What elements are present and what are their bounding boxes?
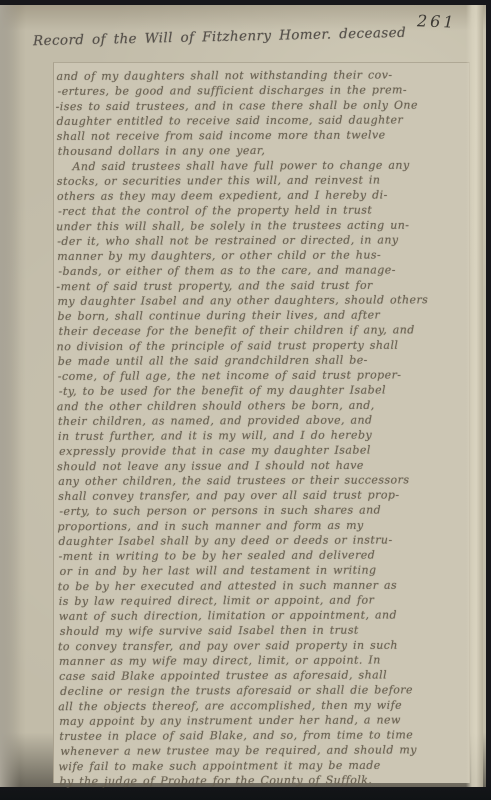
manuscript-line: my daughter Isabel and any other daughte… (57, 292, 467, 309)
manuscript-line: -ment of said trust property, and the sa… (56, 277, 466, 294)
manuscript-line: And said trustees shall have full power … (56, 157, 466, 174)
paper-sheet: 261 Record of the Will of Fitzhenry Home… (0, 5, 486, 787)
manuscript-line: all the objects thereof, are accomplishe… (58, 697, 468, 714)
manuscript-line: should my wife survive said Isabel then … (60, 622, 470, 639)
manuscript-line: to be by her executed and attested in su… (58, 577, 468, 594)
manuscript-body: and of my daughters shall not withstandi… (56, 67, 469, 789)
binding-gutter-shade (0, 5, 20, 787)
manuscript-line: manner as my wife may direct, limit, or … (59, 652, 469, 669)
manuscript-line: no division of the principle of said tru… (57, 337, 467, 354)
manuscript-line: -rect that the control of the property h… (58, 202, 468, 219)
manuscript-line: expressly provide that in case my daught… (59, 442, 469, 459)
manuscript-line: their decease for the benefit of their c… (59, 322, 469, 339)
record-heading: Record of the Will of Fitzhenry Homer. d… (33, 25, 406, 49)
manuscript-line: may appoint by any instrument under her … (59, 712, 469, 729)
manuscript-line: or in and by her last will and testament… (60, 562, 470, 579)
manuscript-line: should not leave any issue and I should … (57, 457, 467, 474)
manuscript-line: proportions, and in such manner and form… (57, 517, 467, 534)
manuscript-line: any other children, the said trustees or… (58, 472, 468, 489)
manuscript-line: and the other children should others be … (57, 397, 467, 414)
manuscript-line: thousand dollars in any one year, (58, 142, 468, 159)
manuscript-line: by the judge of Probate for the County o… (60, 772, 470, 789)
manuscript-line: want of such direction, limitation or ap… (59, 607, 469, 624)
manuscript-line: -bands, or either of them as to the care… (58, 262, 468, 279)
manuscript-line: -erty, to such person or persons in such… (59, 502, 469, 519)
manuscript-line: -ertures, be good and sufficient dischar… (57, 82, 467, 99)
manuscript-line: trustee in place of said Blake, and so, … (59, 727, 469, 744)
manuscript-line: -ment in writing to be by her sealed and… (59, 547, 469, 564)
manuscript-line: under this will shall, be solely in the … (56, 217, 466, 234)
manuscript-line: -ises to said trustees, and in case ther… (56, 97, 466, 114)
manuscript-line: wife fail to make such appointment it ma… (58, 757, 468, 774)
manuscript-line: -ty, to be used for the benefit of my da… (59, 382, 469, 399)
manuscript-line: case said Blake appointed trustee as afo… (59, 667, 469, 684)
manuscript-line: to convey transfer, and pay over said pr… (58, 637, 468, 654)
photographed-manuscript-page: 261 Record of the Will of Fitzhenry Home… (0, 0, 491, 800)
page-number: 261 (417, 11, 457, 31)
manuscript-line: decline or resign the trusts aforesaid o… (60, 682, 470, 699)
manuscript-line: whenever a new trustee may be required, … (60, 742, 470, 759)
manuscript-line: is by law required direct, limit or appo… (59, 592, 469, 609)
